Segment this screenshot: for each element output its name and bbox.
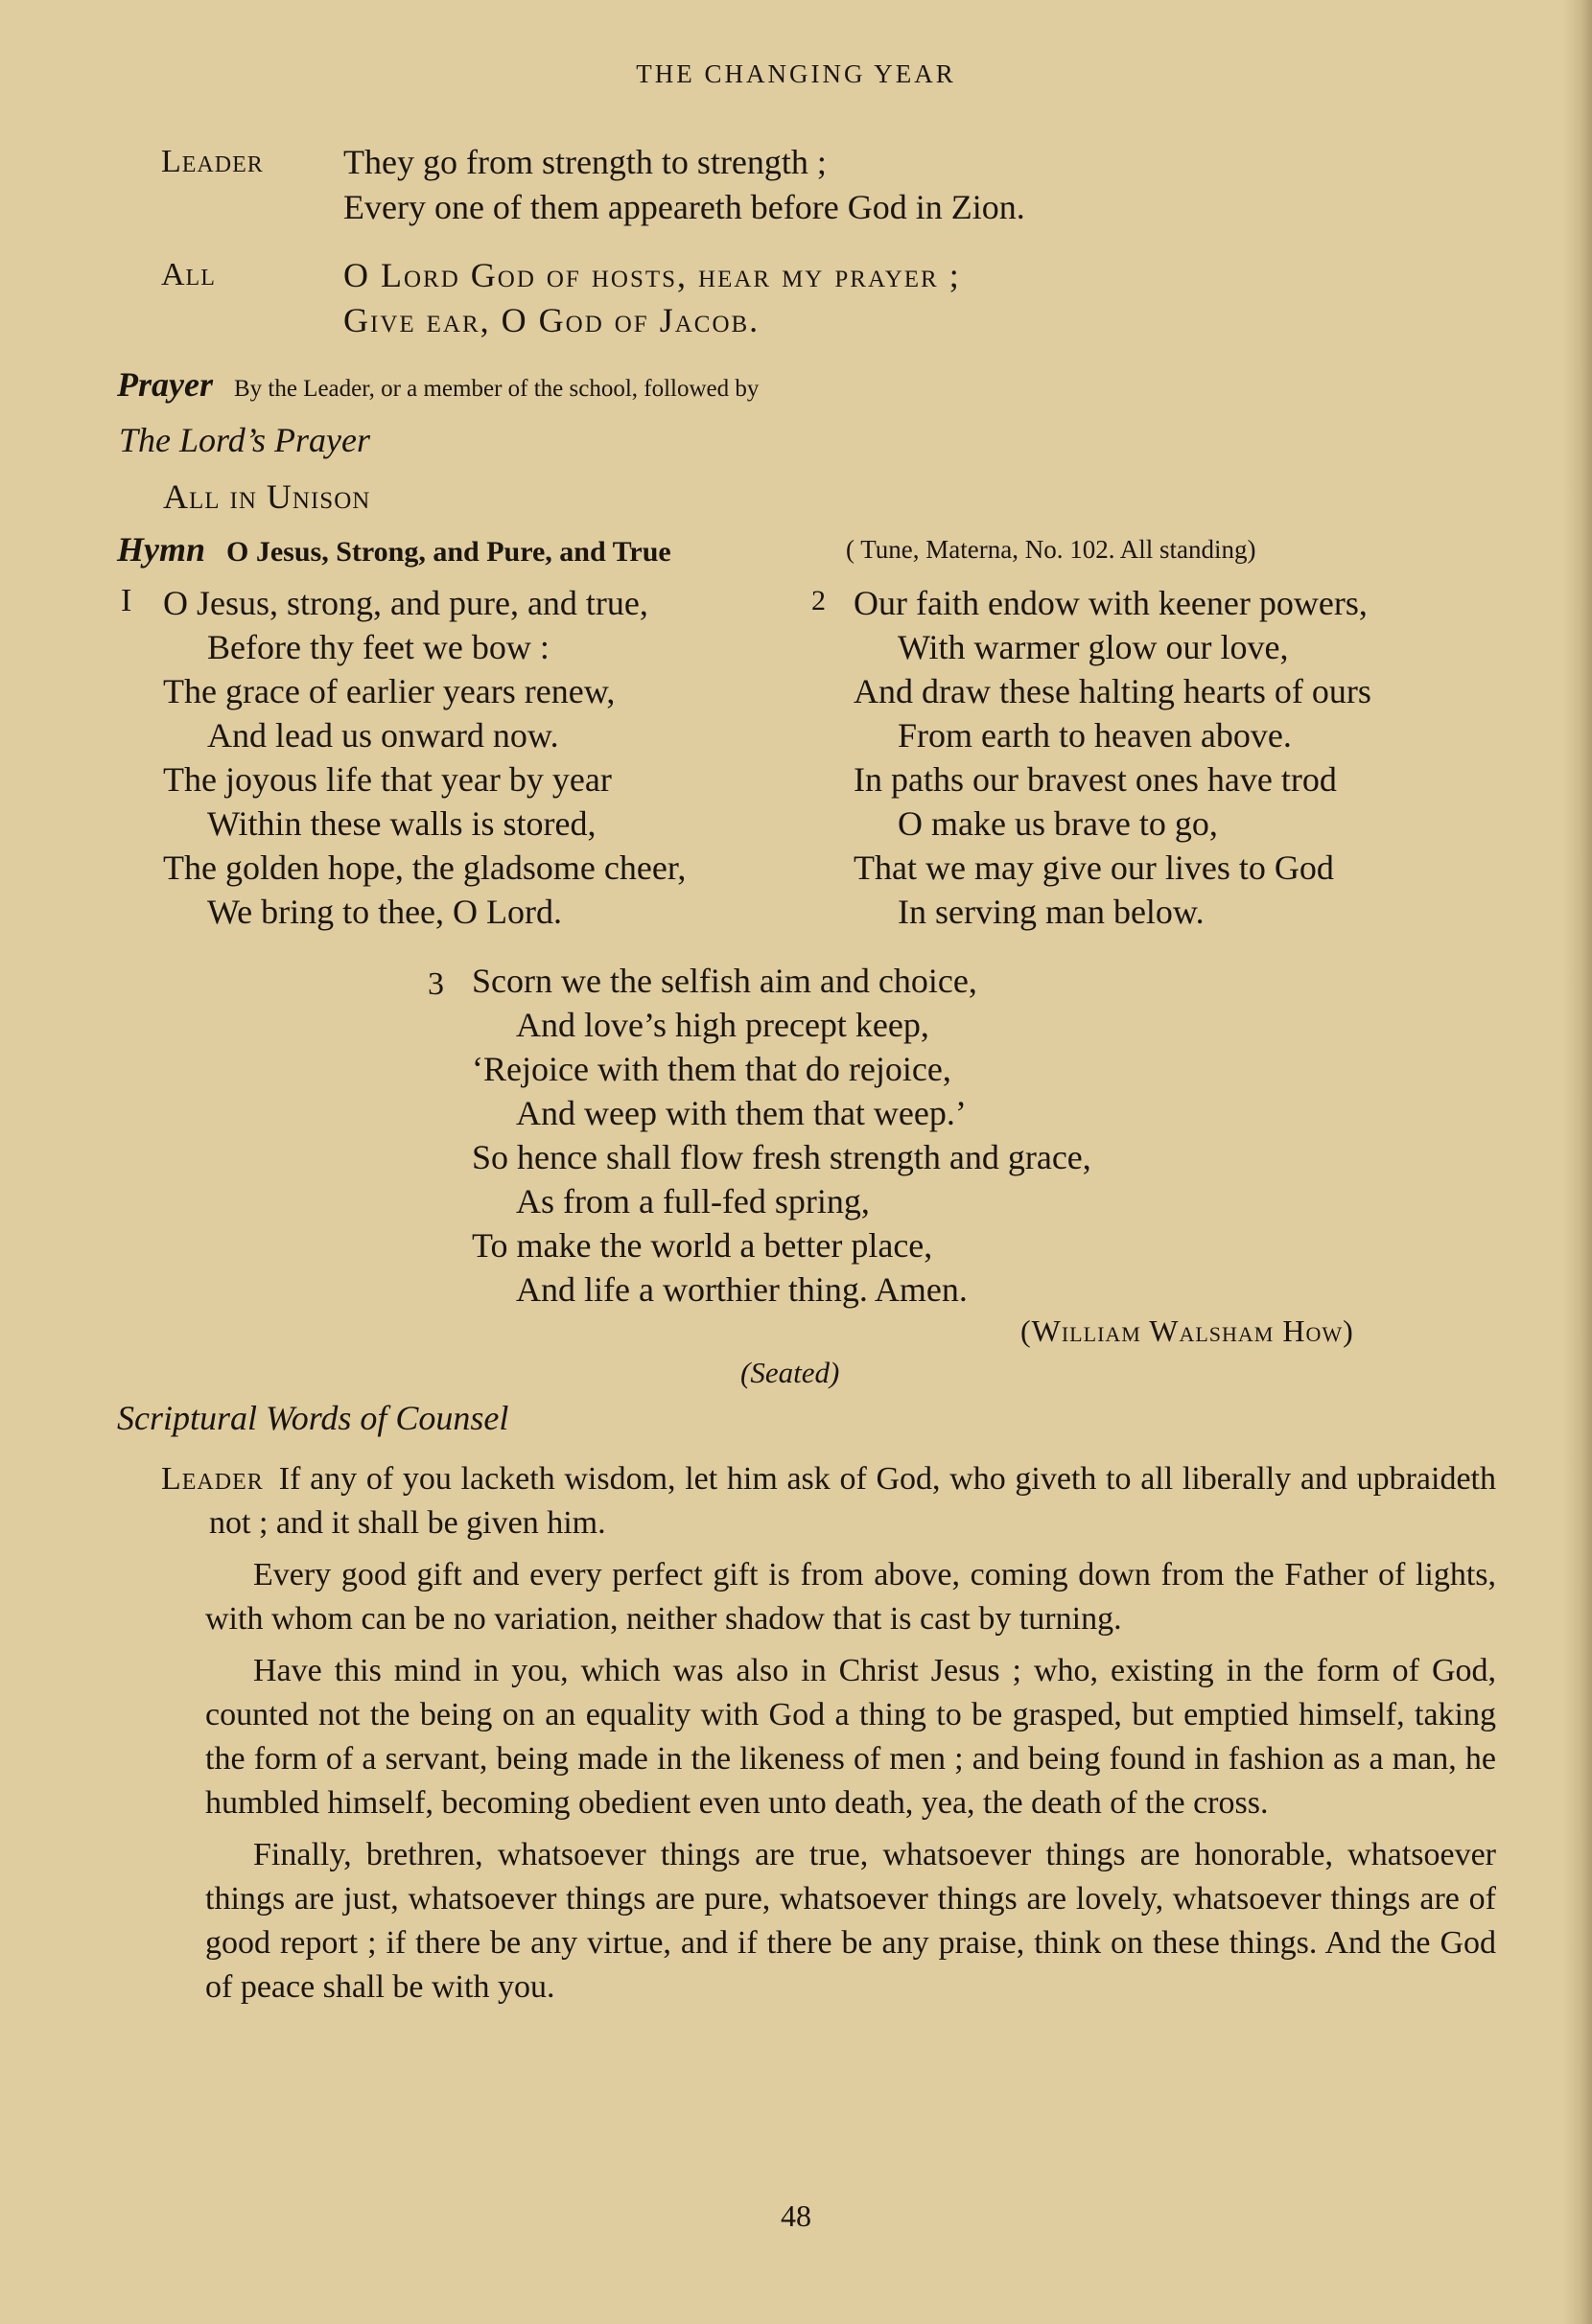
hymn-verse-3: Scorn we the selfish aim and choice, And… [472, 959, 1091, 1312]
counsel-paragraph: Finally, brethren, whatsoever things are… [161, 1833, 1496, 2010]
counsel-heading: Scriptural Words of Counsel [117, 1398, 508, 1438]
counsel-paragraph: Every good gift and every perfect gift i… [161, 1553, 1496, 1641]
verse-line: In paths our bravest ones have trod [854, 757, 1371, 802]
verse-line: Our faith endow with keener powers, [854, 581, 1371, 625]
role-label-leader: Leader [161, 1461, 264, 1497]
lords-prayer-heading: The Lord’s Prayer [119, 420, 370, 460]
verse-line: To make the world a better place, [472, 1223, 1091, 1267]
verse-line: And life a worthier thing. Amen. [472, 1267, 1091, 1312]
hymn-attribution: (William Walsham How) [1020, 1313, 1354, 1349]
hymn-title: O Jesus, Strong, and Pure, and True [226, 536, 671, 568]
running-head: THE CHANGING YEAR [0, 59, 1592, 89]
hymn-header: Hymn O Jesus, Strong, and Pure, and True [117, 529, 671, 569]
verse-line: And weep with them that weep.’ [472, 1091, 1091, 1135]
verse-line: O make us brave to go, [854, 802, 1371, 846]
counsel-body: LeaderIf any of you lacketh wisdom, let … [161, 1457, 1496, 2017]
lords-prayer-instruction: All in Unison [163, 476, 370, 517]
verse-line: Scorn we the selfish aim and choice, [472, 959, 1091, 1003]
verse-line: O Jesus, strong, and pure, and true, [163, 581, 686, 625]
hymn-verse-2: Our faith endow with keener powers, With… [854, 581, 1371, 934]
verse-line: And lead us onward now. [163, 713, 686, 757]
verse-line: And draw these halting hearts of ours [854, 669, 1371, 713]
page-number: 48 [0, 2198, 1592, 2234]
verse-line: With warmer glow our love, [854, 625, 1371, 669]
verse-line: The grace of earlier years renew, [163, 669, 686, 713]
verse-line: In serving man below. [854, 890, 1371, 934]
prayer-note: By the Leader, or a member of the school… [234, 376, 759, 402]
reading-line: They go from strength to strength ; [343, 142, 827, 182]
verse-line: The golden hope, the gladsome cheer, [163, 846, 686, 890]
role-label-all: All [161, 257, 216, 293]
verse-line: Within these walls is stored, [163, 802, 686, 846]
reading-line: O Lord God of hosts, hear my prayer ; [343, 255, 961, 295]
role-label-leader: Leader [161, 144, 264, 180]
hymn-verse-1: O Jesus, strong, and pure, and true, Bef… [163, 581, 686, 934]
verse-line: ‘Rejoice with them that do rejoice, [472, 1047, 1091, 1091]
prayer-section: Prayer By the Leader, or a member of the… [117, 364, 759, 405]
reading-line: Give ear, O God of Jacob. [343, 300, 760, 340]
counsel-paragraph: Have this mind in you, which was also in… [161, 1649, 1496, 1825]
verse-number: 3 [428, 966, 444, 1003]
verse-number: I [121, 583, 131, 619]
counsel-paragraph: LeaderIf any of you lacketh wisdom, let … [161, 1457, 1496, 1545]
reading-line: Every one of them appeareth before God i… [343, 187, 1025, 227]
verse-line: From earth to heaven above. [854, 713, 1371, 757]
prayer-heading: Prayer [117, 365, 213, 404]
verse-line: Before thy feet we bow : [163, 625, 686, 669]
page-edge-shadow [1563, 0, 1592, 2324]
verse-number: 2 [811, 585, 826, 617]
verse-line: And love’s high precept keep, [472, 1003, 1091, 1047]
verse-line: As from a full-fed spring, [472, 1179, 1091, 1223]
verse-line: That we may give our lives to God [854, 846, 1371, 890]
hymn-heading: Hymn [117, 530, 205, 569]
verse-line: We bring to thee, O Lord. [163, 890, 686, 934]
verse-line: The joyous life that year by year [163, 757, 686, 802]
hymn-tune-note: ( Tune, Materna, No. 102. All standing) [846, 535, 1255, 565]
posture-note: (Seated) [740, 1356, 839, 1390]
verse-line: So hence shall flow fresh strength and g… [472, 1135, 1091, 1179]
